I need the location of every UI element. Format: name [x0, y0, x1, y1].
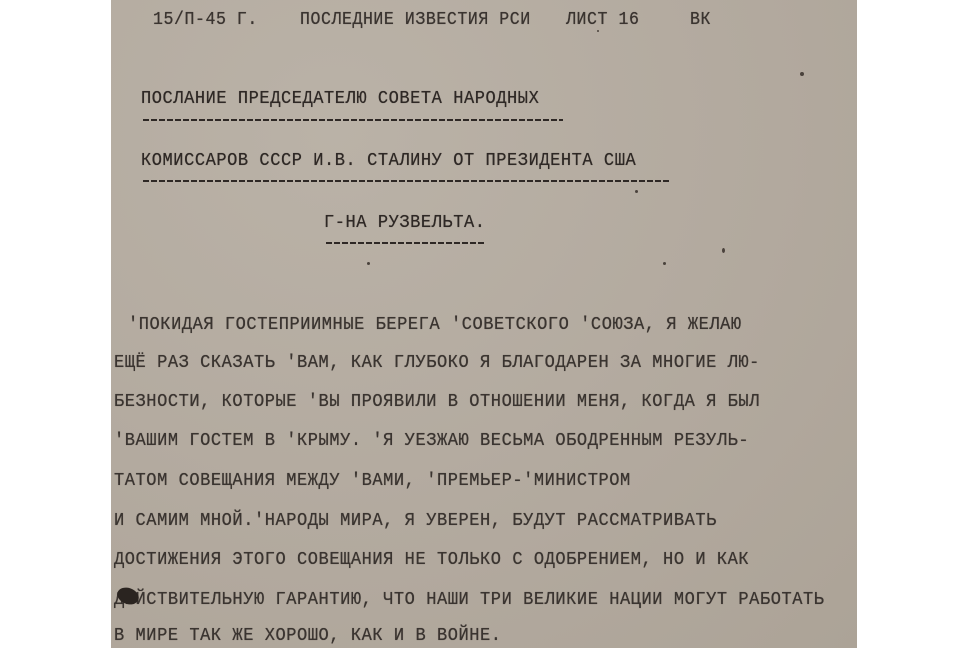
body-line-4: 'ВАШИМ ГОСТЕМ В 'КРЫМУ. 'Я УЕЗЖАЮ ВЕСЬМА… [114, 430, 749, 451]
paper-speck [597, 30, 599, 32]
header-initials: ВК [690, 10, 711, 30]
paper-speck [722, 248, 725, 253]
body-line-8: ДЕЙСТВИТЕЛЬНУЮ ГАРАНТИЮ, ЧТО НАШИ ТРИ ВЕ… [114, 589, 825, 610]
title-line-3: Г-НА РУЗВЕЛЬТА. [324, 212, 485, 233]
paper-speck [635, 190, 638, 193]
paper-speck [367, 262, 370, 265]
title-underline-1 [143, 119, 563, 121]
header-source: ПОСЛЕДНИЕ ИЗВЕСТИЯ РСИ [300, 10, 531, 30]
title-underline-2 [143, 180, 671, 182]
body-line-6: И САМИМ МНОЙ.'НАРОДЫ МИРА, Я УВЕРЕН, БУД… [114, 510, 717, 531]
body-line-9: В МИРЕ ТАК ЖЕ ХОРОШО, КАК И В ВОЙНЕ. [114, 625, 502, 646]
body-line-3: БЕЗНОСТИ, КОТОРЫЕ 'ВЫ ПРОЯВИЛИ В ОТНОШЕН… [114, 391, 760, 412]
body-line-2: ЕЩЁ РАЗ СКАЗАТЬ 'ВАМ, КАК ГЛУБОКО Я БЛАГ… [114, 352, 760, 373]
title-underline-3 [326, 242, 486, 244]
header-sheet: ЛИСТ 16 [566, 10, 639, 30]
body-line-5: ТАТОМ СОВЕЩАНИЯ МЕЖДУ 'ВАМИ, 'ПРЕМЬЕР-'М… [114, 470, 631, 491]
title-line-1: ПОСЛАНИЕ ПРЕДСЕДАТЕЛЮ СОВЕТА НАРОДНЫХ [141, 88, 539, 109]
title-line-2: КОМИССАРОВ СССР И.В. СТАЛИНУ ОТ ПРЕЗИДЕН… [141, 150, 636, 171]
body-line-7: ДОСТИЖЕНИЯ ЭТОГО СОВЕЩАНИЯ НЕ ТОЛЬКО С О… [114, 549, 749, 570]
paper-speck [663, 262, 666, 265]
header-date: 15/П-45 Г. [153, 10, 258, 30]
body-line-1: 'ПОКИДАЯ ГОСТЕПРИИМНЫЕ БЕРЕГА 'СОВЕТСКОГ… [128, 314, 742, 335]
paper-speck [800, 72, 804, 76]
